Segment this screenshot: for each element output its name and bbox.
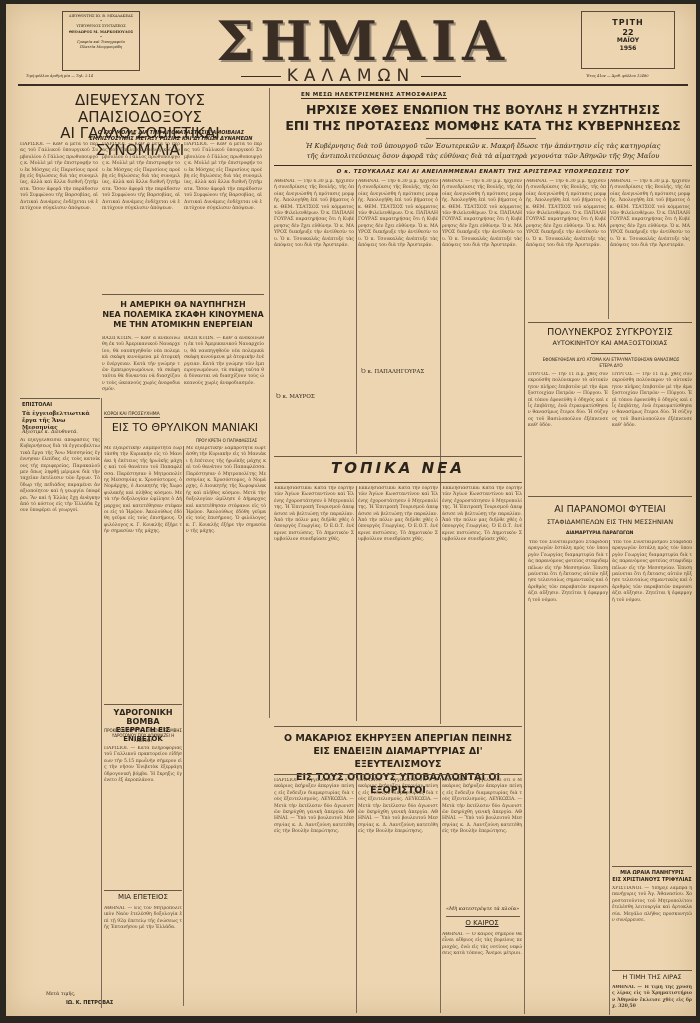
collision-headline: ΠΟΛΥΝΕΚΡΟΣ ΣΥΓΚΡΟΥΣΙΣ ΑΥΤΟΚΙΝΗΤΟΥ ΚΑΙ ΑΜ… [528,327,692,349]
anniversary-headline: ΜΙΑ ΕΠΕΤΕΙΟΣ [104,894,182,902]
letters-salutation: Ἀξιότιμε κ. Διευθυντά. [22,430,100,435]
collision-body: ΠΥΡΓΟΣ. — Τὴν 11 π.μ. χθὲς συνεκρούσθη π… [612,372,692,467]
lead-right-subkicker: Ο κ. ΤΣΟΥΚΑΛΑΣ ΚΑΙ ΑΙ ΑΝΕΙΛΗΜΜΕΝΑΙ ΕΝΑΝΤ… [274,169,692,175]
lead-right-kicker: ΕΝ ΜΕΣΩ ΗΛΕΚΤΡΙΣΜΕΝΗΣ ΑΤΜΟΣΦΑΙΡΑΣ [301,92,447,99]
maniaki-body: Μὲ ἐξαιρετικὴν λαμπρότητα ἐωρτάσθη τὴν Κ… [186,446,266,906]
vineyards-body: Ὑπὸ τοῦ Συνεταιρισμοῦ Σταφιδοπαραγωγῶν ἐ… [612,540,692,860]
editor-box: ΔΙΕΥΘΥΝΤΗΣ ΙΩ. Β. ΜΙΧΑΛΑΚΕΑΣ • ΥΠΕΥΘΥΝΟΣ… [62,11,140,71]
weekday: ΤΡΙΤΗ [582,18,674,27]
vineyards-body: Ὑπὸ τοῦ Συνεταιρισμοῦ Σταφιδοπαραγωγῶν ἐ… [528,540,608,870]
local-news-tail: «Μὴ κατεστρέψτε τὰ πλοῖα» [446,906,519,912]
issue-note: Ἔτος 41ον — Ἀριθ. φύλλου 12480 [586,74,696,78]
makarios-body: ΠΑΡΙΣΙΟΙ. — Ἀγγέλλεται ὅτι ὁ Μακάριος ἐκ… [274,778,354,1013]
vineyards-headline: ΑΙ ΠΑΡΑΝΟΜΟΙ ΦΥΤΕΙΑΙ ΣΤΑΦΙΔΑΜΠΕΛΩΝ ΕΙΣ Τ… [528,504,692,528]
price-note: Τιμὴ φύλλου ἀριθμὴ μία — Τηλ. 2.14 [26,74,156,78]
america-headline: Η ΑΜΕΡΙΚΗ ΘΑ ΝΑΥΠΗΓΗΣΗ ΝΕΑ ΠΟΛΕΜΙΚΑ ΣΚΑΦ… [102,300,264,330]
makarios-body: ΠΑΡΙΣΙΟΙ. — Ἀγγέλλεται ὅτι ὁ Μακάριος ἐκ… [358,778,438,1013]
lead-right-deck: Ἡ Κυβέρνησις διὰ τοῦ ὑπουργοῦ τῶν Ἐσωτερ… [274,141,692,161]
lead-left-body: ΠΑΡΙΣΙΟΙ. — Καθ' ἃ μετὰ τὸ πέρας τοῦ Γαλ… [102,142,180,262]
column-divider [269,88,270,718]
newspaper-subtitle: ΚΑΛΑΜΩΝ [216,66,486,86]
lead-right-body: ΑΘΗΝΑΙ. — Τὴν 6.30 μ.μ. ἤρχισεν ἡ συνεδρ… [274,179,354,459]
column-divider [101,398,102,1008]
lead-right-body: ΑΘΗΝΑΙ. — Τὴν 6.30 μ.μ. ἤρχισεν ἡ συνεδρ… [358,179,438,459]
masthead-rule [18,84,688,86]
weather-headline: Ο ΚΑΙΡΟΣ [442,920,522,928]
lead-left-kicker: Ο ΓΚΥ ΜΟΛΛΕ ΔΙΑ ΤΗΝ ΑΠΟΚΑΤΑΣΤΑΣΙΝ ΑΜΟΙΒΑ… [76,130,266,142]
collision-body: ΠΥΡΓΟΣ. — Τὴν 11 π.μ. χθὲς συνεκρούσθη π… [528,372,608,467]
bomb-kicker: ΠΡΟΚΕΙΤΑΙ ΠΕΡΙ ΤΗΣ ΟΓΔΟΗΣ ΒΟΜΒΗΣ ΥΔΡΟΓΟΝ… [104,728,182,743]
column-divider [183,446,184,1006]
collision-kicker: ΕΦΟΝΕΥΘΗΣΑΝ ΔΥΟ ΑΤΟΜΑ ΚΑΙ ΕΤΡΑΥΜΑΤΙΣΘΗΣΑ… [536,357,686,369]
day: 22 [582,28,674,37]
lead-left-body: ΠΑΡΙΣΙΟΙ. — Καθ' ἃ μετὰ τὸ πέρας τοῦ Γαλ… [20,142,98,342]
weather-body: ΑΘΗΝΑΙ. — Ὁ καιρὸς σήμερον θὰ εἶναι αἴθρ… [442,932,522,1012]
lead-right-body: ΑΘΗΝΑΙ. — Τὴν 6.30 μ.μ. ἤρχισεν ἡ συνεδρ… [526,179,606,319]
local-news-body: Ἐκκλησιαστικά: Κατὰ τὴν ἑορτὴν τῶν Ἁγίων… [274,486,354,721]
bomb-body: ΠΑΡΙΣΙΟΙ. — Κατὰ πληροφορίας τοῦ Γαλλικο… [104,746,182,886]
maniaki-headline: ΕΙΣ ΤΟ ΘΡΥΛΙΚΟΝ ΜΑΝΙΑΚΙ [104,422,266,434]
festival-body: ΧΡΙΣΤΙΑΝΟΙ. — Ὑπῆρξε λαμπρὰ ἡ πανήγυρις … [612,886,692,971]
sovereign-price-headline: Η ΤΙΜΗ ΤΗΣ ΛΙΡΑΣ [612,974,692,981]
lead-right-headline: ΗΡΧΙΣΕ ΧΘΕΣ ΕΝΩΠΙΟΝ ΤΗΣ ΒΟΥΛΗΣ Η ΣΥΖΗΤΗΣ… [274,102,692,134]
local-news-body: Ἐκκλησιαστικά: Κατὰ τὴν ἑορτὴν τῶν Ἁγίων… [442,486,522,721]
newspaper-title: ΣΗΜΑΙΑ [216,14,476,68]
maniaki-kicker: ΚΟΡΩΙ ΚΑΙ ΠΡΟΣΕΥΧΗΜΑ [104,412,160,418]
month: ΜΑΪΟΥ [582,37,674,44]
anniversary-body: ΑΘΗΝΑΙ. — Εἰς τὸν Μητροπολιτικὸν Ναὸν ἐτ… [104,906,182,996]
editor-line: Πλατεῖα Μουρμουράδη [63,45,139,50]
maniaki-subkicker: ΠΡΟΥ ΚΡΕΤΗ Ο ΠΑΠΑΦΛΕΣΣΑΣ [196,438,257,443]
local-news-headline: ΤΟΠΙΚΑ ΝΕΑ [274,460,522,477]
vineyards-kicker: ΔΙΑΜΑΡΤΥΡΙΑ ΠΑΡΑΓΩΓΩΝ [566,531,633,536]
america-body: ΒΑΣΙΓΚΤΩΝ. — Καθ' ἃ ἀνεκοινώθη ἐκ τοῦ Ἀμ… [184,336,264,396]
year: 1956 [582,45,674,52]
letters-label: ΕΠΙΣΤΟΛΑΙ [22,402,52,408]
maniaki-body: Μὲ ἐξαιρετικὴν λαμπρότητα ἐωρτάσθη τὴν Κ… [104,446,182,696]
lead-left-body: ΠΑΡΙΣΙΟΙ. — Καθ' ἃ μετὰ τὸ πέρας τοῦ Γαλ… [184,142,262,262]
festival-headline: ΜΙΑ ΩΡΑΙΑ ΠΑΝΗΓΥΡΙΣ ΕΙΣ ΧΡΙΣΤΙΑΝΟΥΣ ΤΡΙΦ… [612,870,692,884]
date-box: ΤΡΙΤΗ 22 ΜΑΪΟΥ 1956 [581,11,675,69]
speaker-name: Ὁ κ. ΜΑΥΡΟΣ [276,394,315,400]
lead-right-body: ΑΘΗΝΑΙ. — Τὴν 6.30 μ.μ. ἤρχισεν ἡ συνεδρ… [442,179,522,459]
newspaper-page: ΔΙΕΥΘΥΝΤΗΣ ΙΩ. Β. ΜΙΧΑΛΑΚΕΑΣ • ΥΠΕΥΘΥΝΟΣ… [6,4,696,1016]
letters-signature: ΙΩ. Κ. ΠΕΤΡΟΒΑΣ [66,1000,113,1006]
speaker-name: Ὁ κ. ΠΑΠΑΛΗΓΟΥΡΑΣ [361,369,424,375]
america-body: ΒΑΣΙΓΚΤΩΝ. — Καθ' ἃ ἀνεκοινώθη ἐκ τοῦ Ἀμ… [102,336,180,396]
local-news-body: Ἐκκλησιαστικά: Κατὰ τὴν ἑορτὴν τῶν Ἁγίων… [358,486,438,721]
sovereign-price-body: ΑΘΗΝΑΙ. — Ἡ τιμὴ τῆς χρυσῆς λίρας εἰς τὸ… [612,985,692,1013]
makarios-body: ΠΑΡΙΣΙΟΙ. — Ἀγγέλλεται ὅτι ὁ Μακάριος ἐκ… [442,778,522,898]
letters-body: Αἱ ἐξαγγελθεῖσαι ἀποφάσεις τῆς Κυβερνήσε… [20,438,100,958]
letters-closing: Μετὰ τιμῆς, [46,992,76,997]
lead-right-body: ΑΘΗΝΑΙ. — Τὴν 6.30 μ.μ. ἤρχισεν ἡ συνεδρ… [610,179,690,319]
letters-title: Τὰ ἐγγειοβελτιωτικὰ ἔργα τῆς Ἄνω Μεσσηνί… [22,411,100,432]
